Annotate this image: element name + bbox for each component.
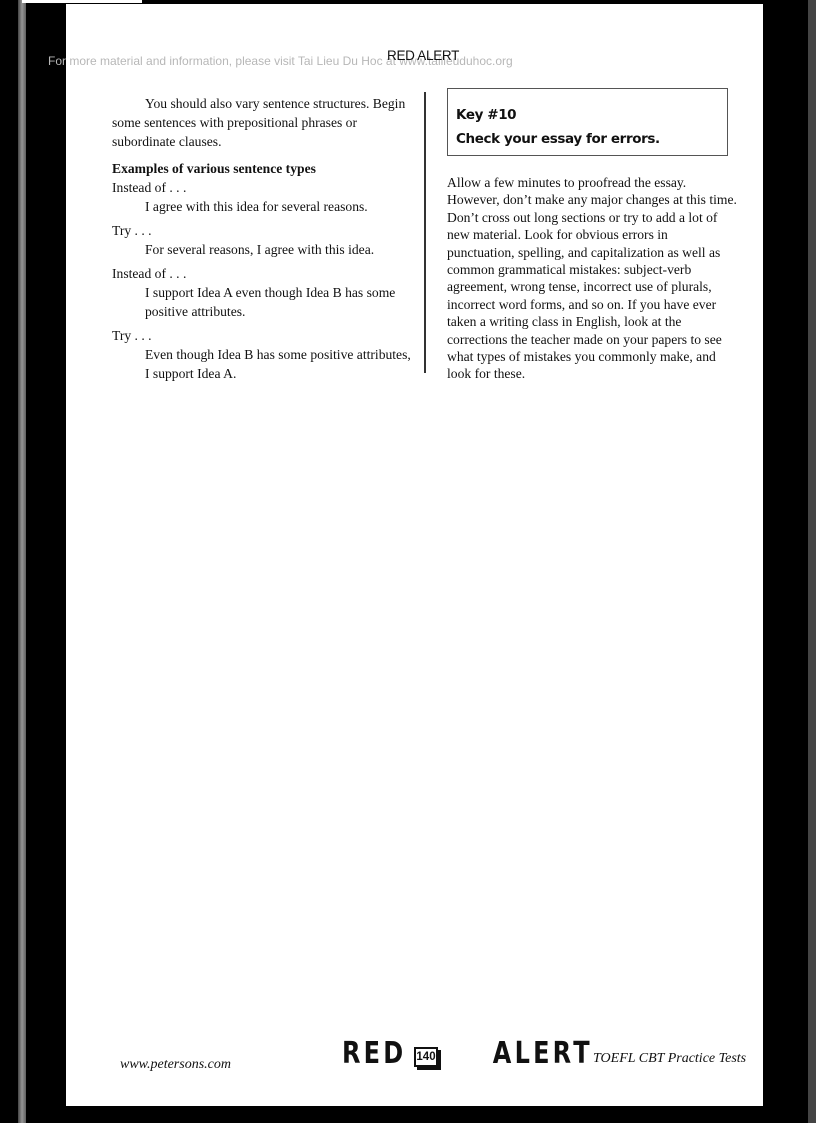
scan-edge-right	[808, 0, 816, 1123]
right-column-body: Allow a few minutes to proofread the ess…	[447, 174, 737, 383]
left-column: You should also vary sentence structures…	[112, 94, 412, 383]
example-label: Instead of . . .	[112, 178, 412, 197]
scan-edge-top	[22, 0, 142, 3]
scan-edge-left	[18, 0, 26, 1123]
example-label: Try . . .	[112, 326, 412, 345]
example-label: Instead of . . .	[112, 264, 412, 283]
footer-brand: REDALERT	[342, 1036, 593, 1071]
page-number: 140	[414, 1047, 438, 1067]
column-divider	[424, 92, 426, 373]
brand-alert: ALERT	[493, 1036, 593, 1071]
footer-book-title: TOEFL CBT Practice Tests	[593, 1051, 746, 1067]
intro-paragraph: You should also vary sentence structures…	[112, 94, 412, 151]
example-label: Try . . .	[112, 221, 412, 240]
example-text: I support Idea A even though Idea B has …	[112, 283, 412, 321]
brand-red: RED	[342, 1036, 406, 1071]
example-text: Even though Idea B has some positive att…	[112, 345, 412, 383]
key-title: Key #10	[456, 103, 727, 127]
example-text: I agree with this idea for several reaso…	[112, 197, 412, 216]
example-text: For several reasons, I agree with this i…	[112, 240, 412, 259]
footer-url: www.petersons.com	[120, 1057, 231, 1073]
section-heading: Examples of various sentence types	[112, 159, 412, 178]
key-subtitle: Check your essay for errors.	[456, 127, 727, 151]
key-box: Key #10 Check your essay for errors.	[447, 88, 728, 156]
running-head: RED ALERT	[387, 48, 459, 63]
